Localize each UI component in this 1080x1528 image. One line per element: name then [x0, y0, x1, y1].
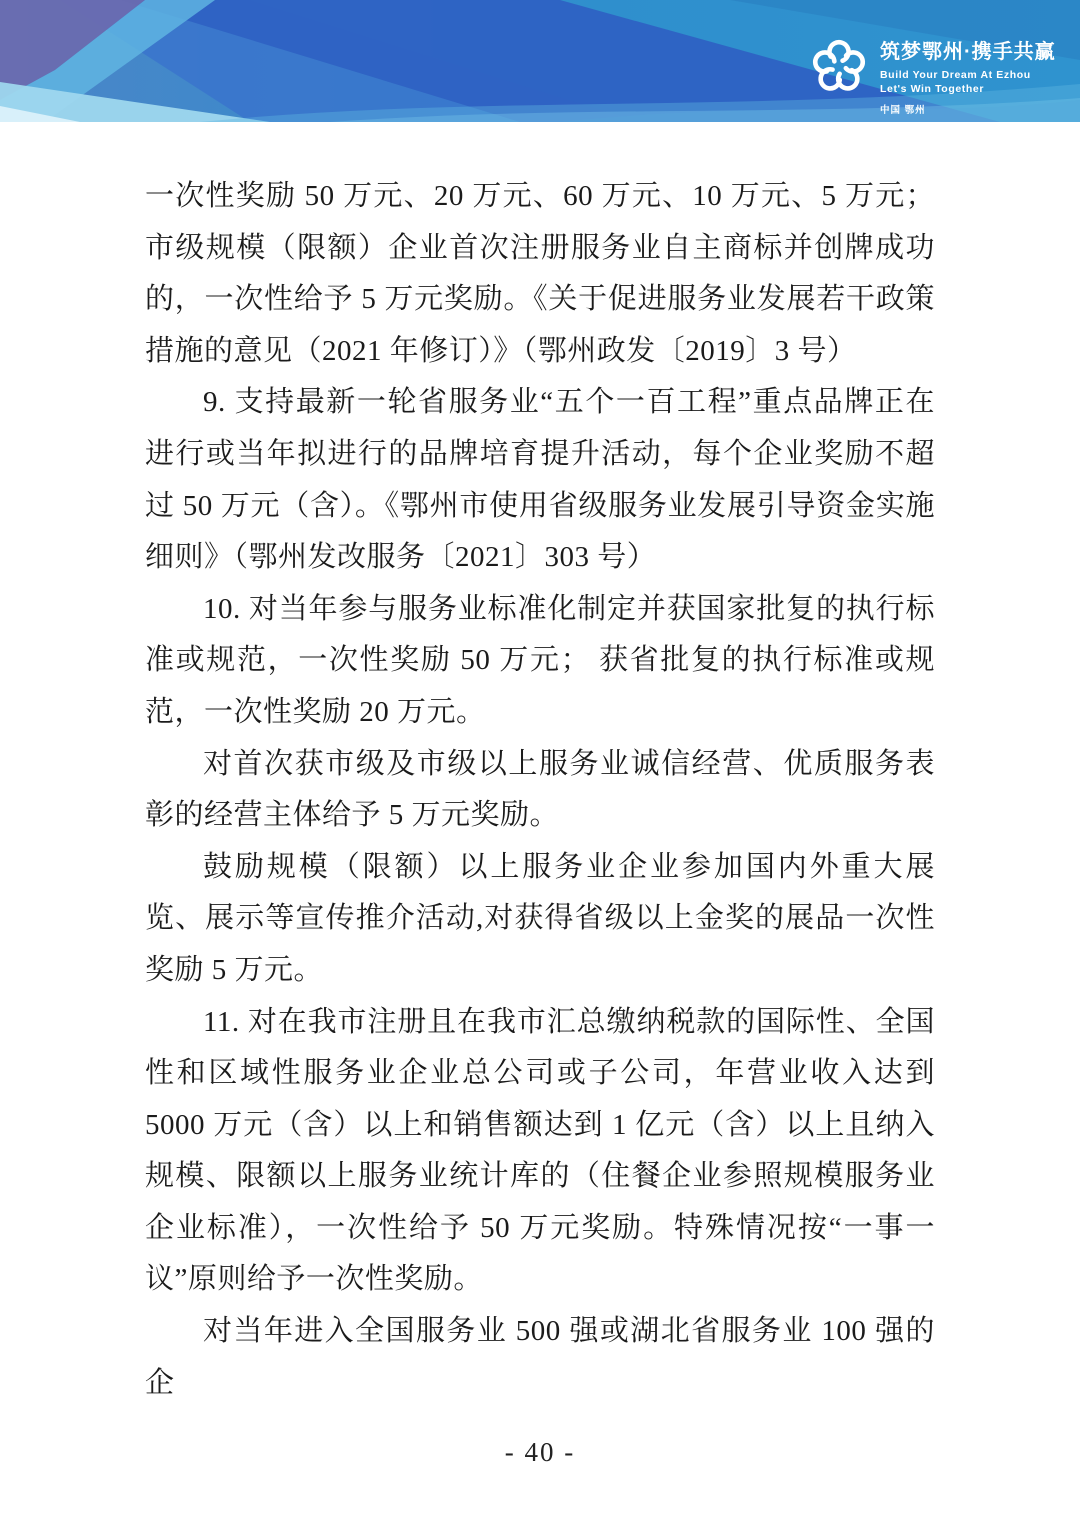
paragraph-item-11: 11. 对在我市注册且在我市汇总缴纳税款的国际性、全国性和区域性服务业企业总公司… [145, 997, 935, 1307]
paragraph-item-10: 10. 对当年参与服务业标准化制定并获国家批复的执行标准或规范，一次性奖励 50… [145, 584, 935, 739]
paragraph-exhibition-award: 鼓励规模（限额）以上服务业企业参加国内外重大展览、展示等宣传推介活动,对获得省级… [145, 842, 935, 997]
paragraph-top500-start: 对当年进入全国服务业 500 强或湖北省服务业 100 强的企 [145, 1306, 935, 1409]
paragraph-honesty-award: 对首次获市级及市级以上服务业诚信经营、优质服务表彰的经营主体给予 5 万元奖励。 [145, 739, 935, 842]
brand-title: 筑梦鄂州·携手共赢 [880, 40, 1056, 64]
document-body: 一次性奖励 50 万元、20 万元、60 万元、10 万元、5 万元； 市级规模… [0, 171, 1080, 1409]
page-number: - 40 - [505, 1437, 575, 1467]
page-footer: - 40 - [0, 1435, 1080, 1469]
brand-region-label: 中国 鄂州 [880, 102, 1056, 116]
brand-text-block: 筑梦鄂州·携手共赢 Build Your Dream At Ezhou Let'… [880, 32, 1056, 116]
brand-subtitle-line2: Let's Win Together [880, 83, 1056, 97]
paragraph-continuation: 一次性奖励 50 万元、20 万元、60 万元、10 万元、5 万元； 市级规模… [145, 171, 935, 377]
ezhou-flower-logo-icon [806, 32, 872, 102]
page-header-banner: 筑梦鄂州·携手共赢 Build Your Dream At Ezhou Let'… [0, 0, 1080, 122]
document-page: 筑梦鄂州·携手共赢 Build Your Dream At Ezhou Let'… [0, 0, 1080, 1528]
brand-subtitle-line1: Build Your Dream At Ezhou [880, 69, 1056, 83]
brand-lockup: 筑梦鄂州·携手共赢 Build Your Dream At Ezhou Let'… [806, 32, 1056, 116]
paragraph-item-9: 9. 支持最新一轮省服务业“五个一百工程”重点品牌正在进行或当年拟进行的品牌培育… [145, 377, 935, 583]
